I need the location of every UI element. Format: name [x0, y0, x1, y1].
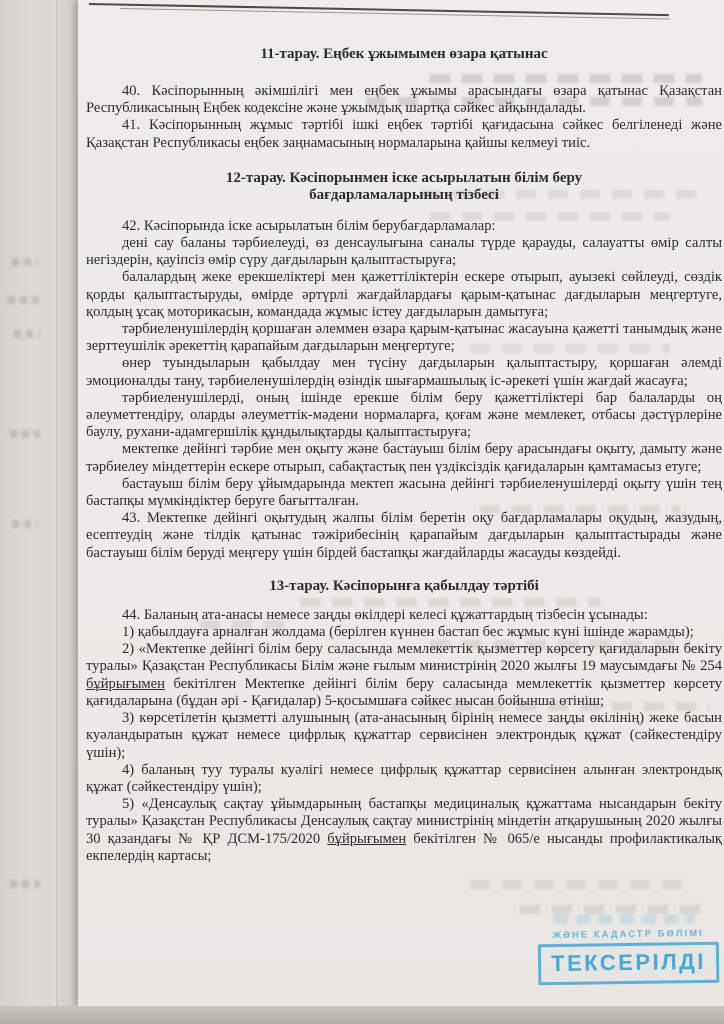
paragraph-42-sub2: балалардың жеке ерекшеліктері мен қажетт…	[86, 269, 722, 321]
bleed-through-artifact	[14, 330, 40, 338]
bleed-through-artifact	[10, 880, 40, 888]
bleed-through-artifact	[10, 430, 40, 438]
paragraph-42-sub7: бастауыш білім беру ұйымдарында мектеп ж…	[86, 476, 722, 510]
paragraph-44-intro: 44. Баланың ата-анасы немесе заңды өкілд…	[86, 607, 722, 624]
bleed-through-artifact	[12, 258, 38, 266]
chapter-12-heading-line2: бағдарламаларының тізбесі	[86, 187, 722, 204]
paragraph-42-sub3: тәрбиеленушілердің қоршаған әлеммен өзар…	[86, 321, 722, 355]
stamp-faded-upper-line	[554, 915, 694, 924]
paragraph-41: 41. Кәсіпорынның жұмыс тәртібі ішкі еңбе…	[86, 117, 722, 151]
stamp-verified-label: ТЕКСЕРІЛДІ	[551, 949, 706, 976]
paragraph-42-sub5: тәрбиеленушілерді, оның ішінде ерекше бі…	[86, 390, 722, 442]
item-2-underlined-word: бұйрығымен	[86, 676, 165, 692]
paragraph-42-sub1: дені сау баланы тәрбиелеуді, өз денсаулы…	[86, 235, 722, 269]
document-list-item-4: 4) баланың туу туралы куәлігі немесе циф…	[86, 762, 722, 796]
scanned-document-surface: 11-тарау. Еңбек ұжымымен өзара қатынас 4…	[0, 0, 724, 1024]
verification-stamp: ЖӘНЕ КАДАСТР БӨЛІМІ ТЕКСЕРІЛДІ	[538, 928, 720, 986]
bleed-through-artifact	[8, 296, 42, 304]
scanner-bottom-band	[0, 1006, 724, 1024]
stamp-department-line: ЖӘНЕ КАДАСТР БӨЛІМІ	[538, 928, 719, 942]
document-text-column: 11-тарау. Еңбек ұжымымен өзара қатынас 4…	[86, 0, 722, 865]
bleed-through-artifact	[470, 880, 690, 889]
stamp-verified-box: ТЕКСЕРІЛДІ	[538, 942, 719, 986]
chapter-11-heading: 11-тарау. Еңбек ұжымымен өзара қатынас	[86, 46, 722, 63]
chapter-13-heading: 13-тарау. Кәсіпорынға қабылдау тәртібі	[86, 578, 722, 595]
item-2-text-cont: бекітілген Мектепке дейінгі білім беру с…	[86, 676, 722, 709]
paragraph-42-sub6: мектепке дейінгі тәрбие мен оқыту және б…	[86, 441, 722, 475]
paragraph-42-intro: 42. Кәсіпорында іске асырылатын білім бе…	[86, 218, 722, 235]
bleed-through-artifact	[12, 520, 38, 528]
paragraph-40: 40. Кәсіпорынның әкімшілігі мен еңбек ұж…	[86, 83, 722, 117]
chapter-12-heading-line1: 12-тарау. Кәсіпорынмен іске асырылатын б…	[86, 170, 722, 187]
document-list-item-1: 1) қабылдауға арналған жолдама (берілген…	[86, 624, 722, 641]
item-2-text: 2) «Мектепке дейінгі білім беру саласынд…	[86, 641, 722, 674]
document-list-item-3: 3) көрсетілетін қызметті алушының (ата-а…	[86, 710, 722, 762]
chapter-12-heading: 12-тарау. Кәсіпорынмен іске асырылатын б…	[86, 170, 722, 204]
document-list-item-2: 2) «Мектепке дейінгі білім беру саласынд…	[86, 641, 722, 710]
page-fold-crease	[54, 0, 57, 1024]
bleed-through-artifact	[520, 905, 700, 914]
underlying-page-edge	[0, 0, 78, 1024]
paragraph-42-sub4: өнер туындыларын қабылдау мен түсіну дағ…	[86, 355, 722, 389]
document-list-item-5: 5) «Денсаулық сақтау ұйымдарының бастапқ…	[86, 796, 722, 865]
paragraph-43: 43. Мектепке дейінгі оқытудың жалпы білі…	[86, 510, 722, 562]
item-5-underlined-word: бұйрығымен	[327, 831, 406, 847]
document-page: 11-тарау. Еңбек ұжымымен өзара қатынас 4…	[78, 0, 724, 1006]
